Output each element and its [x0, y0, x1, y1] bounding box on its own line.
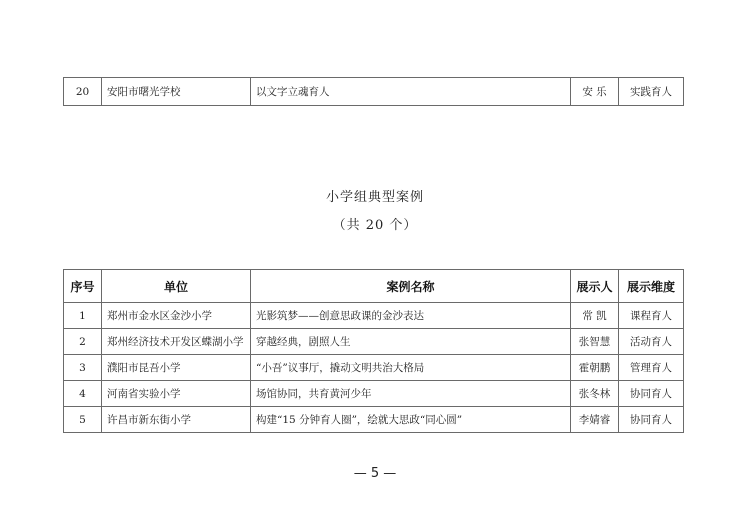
dimension-cell: 管理育人 — [619, 355, 684, 381]
header-unit: 单位 — [102, 270, 251, 303]
row-number: 5 — [64, 407, 102, 433]
table-row: 5 许昌市新东街小学 构建“15 分钟育人圈”，绘就大思政“同心圆” 李婧睿 协… — [64, 407, 684, 433]
table-row: 3 濮阳市昆吾小学 “小吾”议事厅，撬动文明共治大格局 霍朝鹏 管理育人 — [64, 355, 684, 381]
case-name-cell: 穿越经典，剧照人生 — [251, 329, 571, 355]
unit-cell: 河南省实验小学 — [102, 381, 251, 407]
presenter-cell: 张冬林 — [571, 381, 619, 407]
row-number: 4 — [64, 381, 102, 407]
unit-cell: 濮阳市昆吾小学 — [102, 355, 251, 381]
unit-cell: 郑州经济技术开发区蝶湖小学 — [102, 329, 251, 355]
unit-cell: 郑州市金水区金沙小学 — [102, 303, 251, 329]
section-count: （共 20 个） — [0, 214, 750, 233]
header-dimension: 展示维度 — [619, 270, 684, 303]
unit-cell: 许昌市新东街小学 — [102, 407, 251, 433]
row-number: 2 — [64, 329, 102, 355]
case-name-cell: 场馆协同，共育黄河少年 — [251, 381, 571, 407]
presenter-cell: 霍朝鹏 — [571, 355, 619, 381]
section-heading: 小学组典型案例 — [0, 186, 750, 205]
header-number: 序号 — [64, 270, 102, 303]
table-row: 20 安阳市曙光学校 以文字立魂育人 安 乐 实践育人 — [64, 78, 684, 106]
unit-cell: 安阳市曙光学校 — [102, 78, 251, 106]
row-number: 1 — [64, 303, 102, 329]
presenter-cell: 李婧睿 — [571, 407, 619, 433]
row-number: 3 — [64, 355, 102, 381]
previous-case-table: 20 安阳市曙光学校 以文字立魂育人 安 乐 实践育人 — [63, 77, 684, 106]
primary-school-case-table: 序号 单位 案例名称 展示人 展示维度 1 郑州市金水区金沙小学 光影筑梦——创… — [63, 269, 684, 433]
case-name-cell: 以文字立魂育人 — [251, 78, 571, 106]
case-name-cell: 光影筑梦——创意思政课的金沙表达 — [251, 303, 571, 329]
header-case-name: 案例名称 — [251, 270, 571, 303]
case-name-cell: 构建“15 分钟育人圈”，绘就大思政“同心圆” — [251, 407, 571, 433]
page-number: — 5 — — [0, 466, 750, 481]
dimension-cell: 实践育人 — [619, 78, 684, 106]
presenter-cell: 安 乐 — [571, 78, 619, 106]
row-number: 20 — [64, 78, 102, 106]
case-name-cell: “小吾”议事厅，撬动文明共治大格局 — [251, 355, 571, 381]
presenter-cell: 常 凯 — [571, 303, 619, 329]
dimension-cell: 协同育人 — [619, 381, 684, 407]
table-row: 2 郑州经济技术开发区蝶湖小学 穿越经典，剧照人生 张智慧 活动育人 — [64, 329, 684, 355]
header-presenter: 展示人 — [571, 270, 619, 303]
presenter-cell: 张智慧 — [571, 329, 619, 355]
table-header-row: 序号 单位 案例名称 展示人 展示维度 — [64, 270, 684, 303]
dimension-cell: 课程育人 — [619, 303, 684, 329]
dimension-cell: 协同育人 — [619, 407, 684, 433]
dimension-cell: 活动育人 — [619, 329, 684, 355]
table-row: 1 郑州市金水区金沙小学 光影筑梦——创意思政课的金沙表达 常 凯 课程育人 — [64, 303, 684, 329]
table-row: 4 河南省实验小学 场馆协同，共育黄河少年 张冬林 协同育人 — [64, 381, 684, 407]
